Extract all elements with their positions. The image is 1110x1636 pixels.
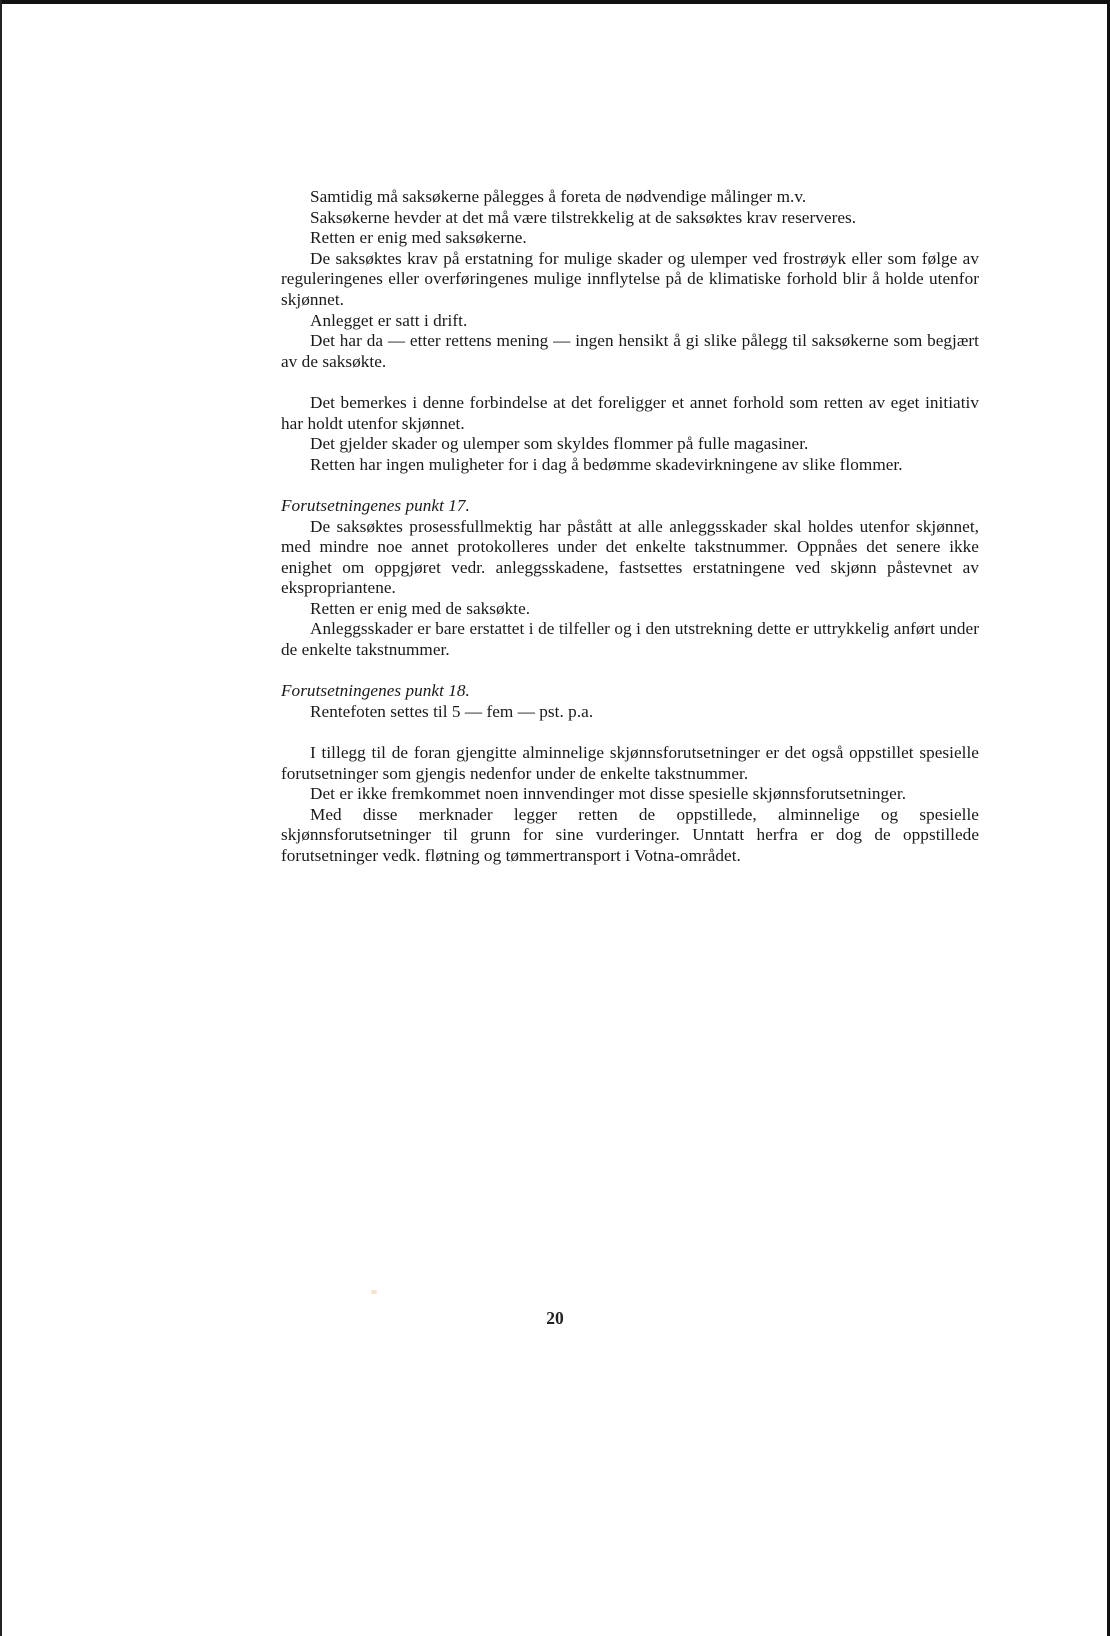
paragraph: De saksøktes prosessfullmektig har påstå… bbox=[281, 517, 979, 599]
paragraph: Anleggsskader er bare erstattet i de til… bbox=[281, 619, 979, 660]
paragraph: Retten har ingen muligheter for i dag å … bbox=[281, 455, 979, 476]
paragraph: Anlegget er satt i drift. bbox=[281, 311, 979, 332]
paragraph: I tillegg til de foran gjengitte alminne… bbox=[281, 743, 979, 784]
paragraph: Med disse merknader legger retten de opp… bbox=[281, 805, 979, 867]
paragraph: Det bemerkes i denne forbindelse at det … bbox=[281, 393, 979, 434]
scan-border-top bbox=[0, 0, 1110, 4]
scan-border-left bbox=[0, 0, 2, 1636]
section-heading-punkt-17: Forutsetningenes punkt 17. bbox=[281, 496, 979, 517]
section-heading-punkt-18: Forutsetningenes punkt 18. bbox=[281, 681, 979, 702]
scan-speck bbox=[371, 1290, 377, 1294]
paragraph: De saksøktes krav på erstatning for muli… bbox=[281, 249, 979, 311]
document-body: Samtidig må saksøkerne pålegges å foreta… bbox=[281, 187, 979, 867]
paragraph: Retten er enig med de saksøkte. bbox=[281, 599, 979, 620]
paragraph: Det er ikke fremkommet noen innvendinger… bbox=[281, 784, 979, 805]
paragraph: Rentefoten settes til 5 — fem — pst. p.a… bbox=[281, 702, 979, 723]
paragraph: Samtidig må saksøkerne pålegges å foreta… bbox=[281, 187, 979, 208]
page-number: 20 bbox=[0, 1308, 1110, 1329]
paragraph: Det har da — etter rettens mening — inge… bbox=[281, 331, 979, 372]
paragraph: Saksøkerne hevder at det må være tilstre… bbox=[281, 208, 979, 229]
paragraph: Det gjelder skader og ulemper som skylde… bbox=[281, 434, 979, 455]
paragraph: Retten er enig med saksøkerne. bbox=[281, 228, 979, 249]
